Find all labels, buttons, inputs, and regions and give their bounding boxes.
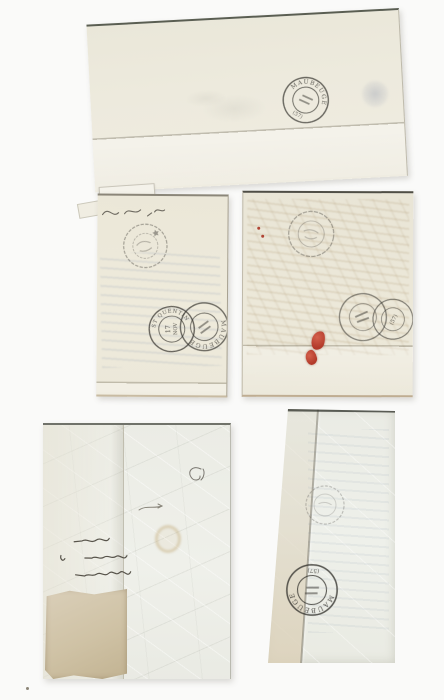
stamp-date-smudge [305, 587, 319, 595]
postmark-faint-upper [282, 205, 341, 264]
horizontal-fold-crease [93, 122, 407, 191]
letter-bottom-right: MAUBEUGE (57) [268, 409, 395, 663]
letter-middle-right: (57) [242, 191, 414, 398]
tan-stain-ring [155, 525, 181, 553]
stamp-rings [286, 208, 337, 259]
dust-speck [26, 687, 29, 690]
stamp-date-smudge [197, 321, 211, 333]
handwriting-strokes [60, 538, 131, 577]
postmark-town-text: MAUBEUGE [187, 317, 229, 357]
squiggle-strokes [190, 468, 204, 480]
handwriting-inverted [38, 520, 135, 584]
red-ink-speck [257, 227, 260, 230]
stamp-rings [275, 69, 336, 130]
postmark-faint-upper [301, 481, 349, 529]
arrow-strokes [139, 504, 162, 510]
postmark-index-text: (57) [388, 313, 399, 326]
stamp-rings [119, 219, 172, 272]
letter-bottom-left [43, 423, 231, 679]
ink-scribble [100, 202, 178, 221]
stamp-rings [304, 484, 345, 525]
letter-middle-left: ST QUENTIN 17 NOV MAUBEUGE [96, 194, 228, 398]
torn-tan-flap [45, 589, 127, 679]
pen-arrow-mark [138, 501, 166, 515]
star-ornament [152, 229, 160, 237]
postmark-index-text: (57) [307, 567, 319, 575]
stamp-date-smudge [299, 94, 313, 105]
postmark-town-text: MAUBEUGE [286, 591, 335, 616]
scribble-strokes [103, 210, 165, 217]
horizontal-fold-crease [243, 345, 413, 398]
red-ink-speck [261, 235, 264, 238]
postmark-maubeuge-bottom: MAUBEUGE (57) [281, 559, 343, 621]
letter-top: MAUBEUGE (57) [86, 8, 407, 192]
pen-squiggle-mark [185, 465, 207, 485]
photo-of-letters: MAUBEUGE (57) [0, 0, 444, 700]
pale-round-stain [361, 80, 389, 108]
horizontal-fold-crease [96, 382, 226, 398]
